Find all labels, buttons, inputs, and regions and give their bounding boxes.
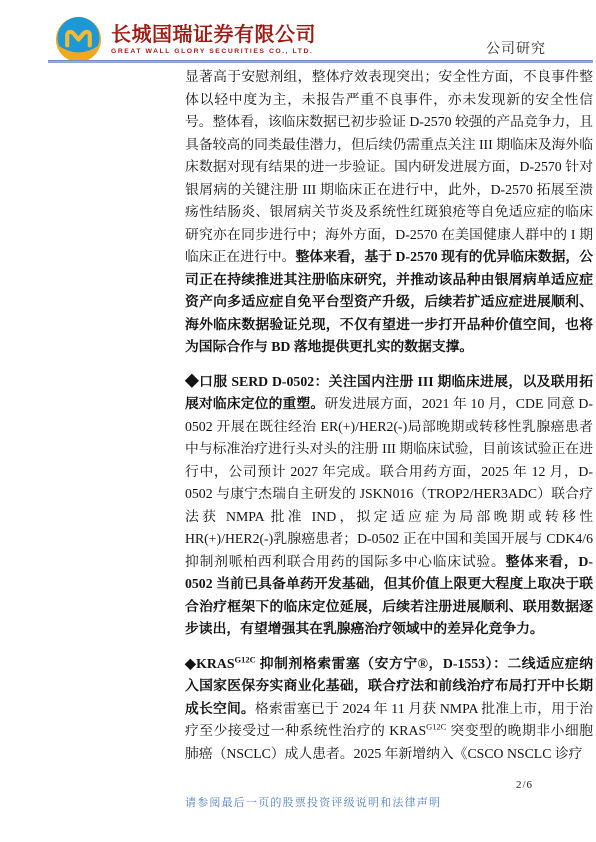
footer-disclaimer: 请参阅最后一页的股票投资评级说明和法律声明 [185,794,441,810]
report-page: 长城国瑞证券有限公司 GREAT WALL GLORY SECURITIES C… [0,0,596,842]
company-logo: 长城国瑞证券有限公司 GREAT WALL GLORY SECURITIES C… [55,16,316,63]
page-number: 2/6 [516,779,533,791]
body-text: 显著高于安慰剂组，整体疗效表现突出；安全性方面，不良事件整体以轻中度为主，未报告… [185,66,593,777]
text-segment: 显著高于安慰剂组，整体疗效表现突出；安全性方面，不良事件整体以轻中度为主，未报告… [185,69,593,264]
company-name-cn: 长城国瑞证券有限公司 [111,24,316,46]
paragraph: 显著高于安慰剂组，整体疗效表现突出；安全性方面，不良事件整体以轻中度为主，未报告… [185,66,593,359]
text-segment: 研发进展方面，2021 年 10 月，CDE 同意 D-0502 开展在既往经治… [185,396,593,569]
text-segment: G12C [235,654,256,664]
company-name-en: GREAT WALL GLORY SECURITIES CO., LTD. [111,48,316,55]
report-category-label: 公司研究 [486,38,546,58]
paragraph: ◆口服 SERD D-0502：关注国内注册 III 期临床进展，以及联用拓展对… [185,371,593,641]
header-divider [48,60,593,63]
company-name-block: 长城国瑞证券有限公司 GREAT WALL GLORY SECURITIES C… [111,24,316,55]
text-segment: G12C [426,721,446,731]
paragraph: ◆KRASG12C 抑制剂格索雷塞（安方宁®，D-1553）：二线适应症纳入国家… [185,653,593,766]
text-segment: ◆KRAS [185,656,235,671]
company-logo-icon [55,16,102,63]
text-segment: 整体来看，基于 D-2570 现有的优异临床数据，公司正在持续推进其注册临床研究… [185,249,593,354]
